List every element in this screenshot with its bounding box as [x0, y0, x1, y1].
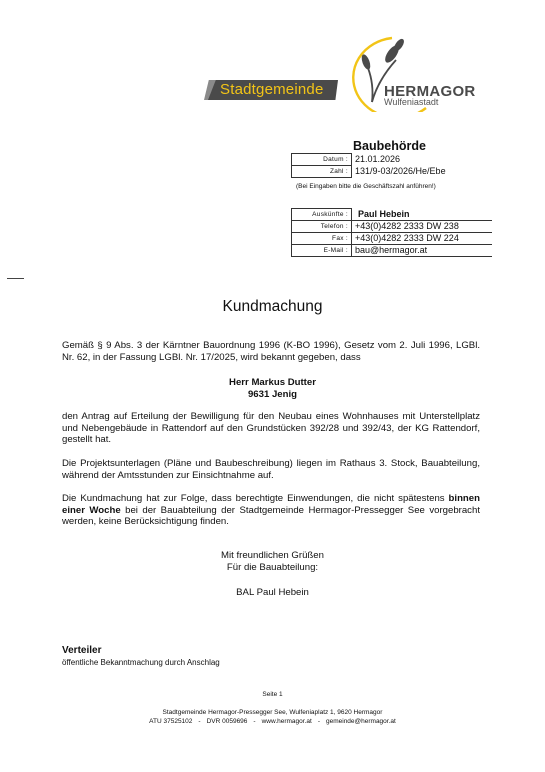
application-paragraph: den Antrag auf Erteilung der Bewilligung… [62, 411, 480, 446]
logo-banner-text: Stadtgemeinde [220, 81, 324, 98]
logo-subtitle: Wulfeniastadt [384, 97, 438, 107]
consequence-paragraph: Die Kundmachung hat zur Folge, dass bere… [62, 493, 480, 528]
recipient-block: Herr Markus Dutter 9631 Jenig [0, 377, 545, 400]
page-number: Seite 1 [0, 690, 545, 700]
footer-email-link[interactable]: gemeinde@hermagor.at [326, 718, 396, 725]
reference-hint: (Bei Eingaben bitte die Geschäftszahl an… [296, 183, 436, 190]
contact-label: Fax : [292, 233, 352, 245]
contact-fax: +43(0)4282 2333 DW 224 [352, 233, 493, 245]
recipient-name: Herr Markus Dutter [0, 377, 545, 389]
contact-phone: +43(0)4282 2333 DW 238 [352, 221, 493, 233]
greeting-block: Mit freundlichen Grüßen Für die Bauabtei… [0, 550, 545, 573]
signer: BAL Paul Hebein [0, 587, 545, 599]
recipient-place: 9631 Jenig [0, 389, 545, 401]
date-label: Datum : [292, 154, 352, 166]
number-label: Zahl : [292, 166, 352, 178]
distribution-heading: Verteiler [62, 645, 101, 656]
contact-row: Auskünfte : Paul Hebein [292, 209, 493, 221]
greeting-line: Mit freundlichen Grüßen [0, 550, 545, 562]
footer-details: ATU 37525102-DVR 0059696-www.hermagor.at… [0, 717, 545, 727]
contact-person: Paul Hebein [352, 209, 493, 221]
contact-label: Auskünfte : [292, 209, 352, 221]
department-line: Für die Bauabteilung: [0, 562, 545, 574]
footer-website-link[interactable]: www.hermagor.at [262, 718, 312, 725]
number-value: 131/9-03/2026/He/Ebe [352, 166, 448, 178]
distribution-text: öffentliche Bekanntmachung durch Anschla… [62, 658, 220, 667]
reference-table: Datum : 21.01.2026 Zahl : 131/9-03/2026/… [291, 153, 448, 178]
contact-row: E-Mail : bau@hermagor.at [292, 245, 493, 257]
contact-row: Fax : +43(0)4282 2333 DW 224 [292, 233, 493, 245]
contact-email[interactable]: bau@hermagor.at [352, 245, 493, 257]
document-title: Kundmachung [0, 298, 545, 316]
documents-paragraph: Die Projektsunterlagen (Pläne und Baubes… [62, 458, 480, 481]
consequence-text-end: bei der Bauabteilung der Stadtgemeinde H… [62, 505, 480, 528]
consequence-text: Die Kundmachung hat zur Folge, dass bere… [62, 493, 449, 504]
contact-row: Telefon : +43(0)4282 2333 DW 238 [292, 221, 493, 233]
reference-number-row: Zahl : 131/9-03/2026/He/Ebe [292, 166, 448, 178]
reference-date-row: Datum : 21.01.2026 [292, 154, 448, 166]
department-heading: Baubehörde [353, 139, 426, 153]
date-value: 21.01.2026 [352, 154, 448, 166]
footer-dvr: DVR 0059696 [207, 718, 248, 725]
contact-label: Telefon : [292, 221, 352, 233]
contact-table: Auskünfte : Paul Hebein Telefon : +43(0)… [291, 208, 492, 257]
contact-label: E-Mail : [292, 245, 352, 257]
intro-paragraph: Gemäß § 9 Abs. 3 der Kärntner Bauordnung… [62, 340, 480, 363]
footer-atu: ATU 37525102 [149, 718, 192, 725]
fold-mark [7, 278, 24, 279]
